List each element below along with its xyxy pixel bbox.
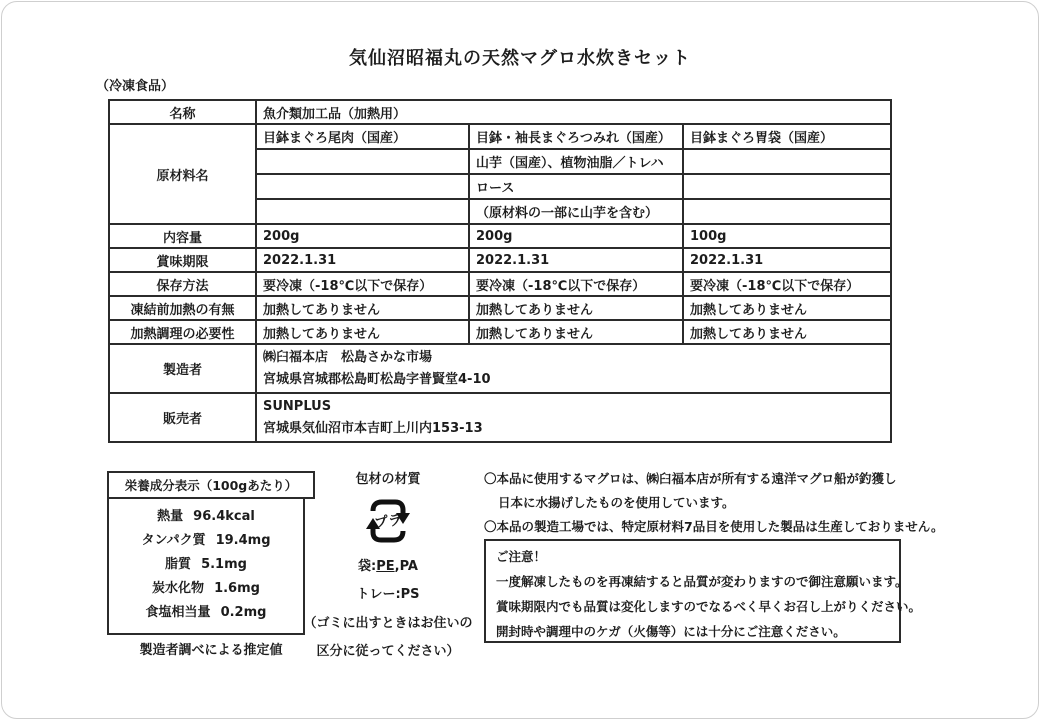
nutrition-panel: 栄養成分表示（100gあたり） 熱量 96.4kcal タンパク質 19.4mg…: [107, 471, 315, 658]
pre-freeze-heating-cell: 加熱してありません: [469, 296, 683, 320]
nutrition-table: 熱量 96.4kcal タンパク質 19.4mg 脂質 5.1mg 炭水化物 1…: [107, 499, 305, 635]
net-content-cell: 200g: [469, 224, 683, 248]
nutrition-row: 熱量 96.4kcal: [109, 505, 303, 529]
nutrition-row: 脂質 5.1mg: [109, 553, 303, 577]
nutrient-label: タンパク質: [141, 529, 205, 553]
storage-cell: 要冷凍（-18℃以下で保存）: [469, 272, 683, 296]
best-before-cell: 2022.1.31: [683, 248, 891, 272]
nutrient-label: 食塩相当量: [146, 601, 211, 625]
table-row: 保存方法 要冷凍（-18℃以下で保存） 要冷凍（-18℃以下で保存） 要冷凍（-…: [109, 272, 891, 296]
row-label-ingredients: 原材料名: [109, 124, 256, 224]
nutrient-value: 0.2mg: [221, 601, 267, 625]
row-label-best-before: 賞味期限: [109, 248, 256, 272]
storage-cell: 要冷凍（-18℃以下で保存）: [683, 272, 891, 296]
table-row: 加熱調理の必要性 加熱してありません 加熱してありません 加熱してありません: [109, 320, 891, 344]
ingredient-cell: ロース: [469, 174, 683, 199]
packaging-panel: 包材の材質 プラ 袋:PE,PA トレー:PS （ゴミに出すときはお住いの 区分…: [298, 468, 478, 665]
caution-box: ご注意！ 一度解凍したものを再凍結すると品質が変わりますので御注意願います。 賞…: [484, 539, 901, 643]
page-title: 気仙沼昭福丸の天然マグロ水炊きセット: [0, 44, 1040, 70]
row-label-net-content: 内容量: [109, 224, 256, 248]
nutrition-row: タンパク質 19.4mg: [109, 529, 303, 553]
bag-material-label: 袋:: [358, 559, 376, 574]
packaging-title: 包材の材質: [298, 468, 478, 487]
nutrient-value: 96.4kcal: [193, 505, 255, 529]
bag-material: 袋:PE,PA: [298, 553, 478, 581]
heating-required-cell: 加熱してありません: [683, 320, 891, 344]
best-before-cell: 2022.1.31: [256, 248, 469, 272]
manufacturer-name: ㈱臼福本店 松島さかな市場: [263, 347, 890, 369]
plastic-recycling-icon: プラ: [364, 495, 412, 547]
row-label-name: 名称: [109, 100, 256, 124]
name-value: 魚介類加工品（加熱用）: [256, 100, 891, 124]
note-bullet1-line1: 〇本品に使用するマグロは、㈱臼福本店が所有する遠洋マグロ船が釣獲し: [484, 471, 914, 486]
table-row: 販売者 SUNPLUS 宮城県気仙沼市本吉町上川内153-13: [109, 393, 891, 442]
storage-cell: 要冷凍（-18℃以下で保存）: [256, 272, 469, 296]
table-row: 名称 魚介類加工品（加熱用）: [109, 100, 891, 124]
note-bullet1-line2: 日本に水揚げしたものを使用しています。: [498, 495, 914, 510]
ingredient-cell: [683, 199, 891, 224]
tray-material: トレー:PS: [298, 581, 478, 609]
row-label-seller: 販売者: [109, 393, 256, 442]
row-label-pre-freeze-heating: 凍結前加熱の有無: [109, 296, 256, 320]
ingredient-cell: 目鉢・袖長まぐろつみれ（国産）: [469, 124, 683, 149]
caution-line: 賞味期限内でも品質は変化しますのでなるべく早くお召し上がりください。: [496, 599, 889, 614]
nutrient-label: 炭水化物: [152, 577, 204, 601]
table-row: 内容量 200g 200g 100g: [109, 224, 891, 248]
ingredient-cell: [683, 174, 891, 199]
nutrition-footnote: 製造者調べによる推定値: [107, 639, 315, 658]
seller-name: SUNPLUS: [263, 396, 890, 418]
ingredient-cell: [683, 149, 891, 174]
frozen-food-label: （冷凍食品）: [96, 75, 174, 94]
nutrient-value: 1.6mg: [214, 577, 260, 601]
note-bullet2: 〇本品の製造工場では、特定原材料7品目を使用した製品は生産しておりません。: [484, 519, 914, 534]
notes-panel: 〇本品に使用するマグロは、㈱臼福本店が所有する遠洋マグロ船が釣獲し 日本に水揚げ…: [484, 471, 914, 543]
ingredient-cell: （原材料の一部に山芋を含む）: [469, 199, 683, 224]
row-label-heating-required: 加熱調理の必要性: [109, 320, 256, 344]
disposal-note-line2: 区分に従ってください）: [298, 639, 478, 665]
bag-material-pa: ,PA: [395, 559, 418, 574]
net-content-cell: 200g: [256, 224, 469, 248]
heating-required-cell: 加熱してありません: [469, 320, 683, 344]
nutrition-row: 炭水化物 1.6mg: [109, 577, 303, 601]
net-content-cell: 100g: [683, 224, 891, 248]
ingredient-cell: 山芋（国産）、植物油脂／トレハ: [469, 149, 683, 174]
nutrient-label: 脂質: [165, 553, 191, 577]
nutrition-row: 食塩相当量 0.2mg: [109, 601, 303, 625]
ingredient-cell: 目鉢まぐろ尾肉（国産）: [256, 124, 469, 149]
manufacturer-address: 宮城県宮城郡松島町松島字普賢堂4-10: [263, 369, 890, 391]
pre-freeze-heating-cell: 加熱してありません: [683, 296, 891, 320]
ingredient-cell: 目鉢まぐろ胃袋（国産）: [683, 124, 891, 149]
pre-freeze-heating-cell: 加熱してありません: [256, 296, 469, 320]
table-row: 製造者 ㈱臼福本店 松島さかな市場 宮城県宮城郡松島町松島字普賢堂4-10: [109, 344, 891, 393]
best-before-cell: 2022.1.31: [469, 248, 683, 272]
seller-address: 宮城県気仙沼市本吉町上川内153-13: [263, 418, 890, 440]
row-label-storage: 保存方法: [109, 272, 256, 296]
nutrient-value: 19.4mg: [216, 529, 271, 553]
caution-line: 一度解凍したものを再凍結すると品質が変わりますので御注意願います。: [496, 574, 889, 589]
nutrition-title: 栄養成分表示（100gあたり）: [107, 471, 315, 499]
heating-required-cell: 加熱してありません: [256, 320, 469, 344]
ingredient-cell: [256, 174, 469, 199]
table-row: 凍結前加熱の有無 加熱してありません 加熱してありません 加熱してありません: [109, 296, 891, 320]
bag-material-pe: PE: [376, 559, 394, 574]
table-row: 原材料名 目鉢まぐろ尾肉（国産） 目鉢・袖長まぐろつみれ（国産） 目鉢まぐろ胃袋…: [109, 124, 891, 149]
manufacturer-cell: ㈱臼福本店 松島さかな市場 宮城県宮城郡松島町松島字普賢堂4-10: [256, 344, 891, 393]
table-row: 賞味期限 2022.1.31 2022.1.31 2022.1.31: [109, 248, 891, 272]
disposal-note-line1: （ゴミに出すときはお住いの: [298, 611, 478, 637]
product-spec-table: 名称 魚介類加工品（加熱用） 原材料名 目鉢まぐろ尾肉（国産） 目鉢・袖長まぐろ…: [108, 99, 892, 443]
ingredient-cell: [256, 149, 469, 174]
nutrient-value: 5.1mg: [201, 553, 247, 577]
caution-title: ご注意！: [496, 549, 889, 564]
nutrient-label: 熱量: [157, 505, 183, 529]
ingredient-cell: [256, 199, 469, 224]
seller-cell: SUNPLUS 宮城県気仙沼市本吉町上川内153-13: [256, 393, 891, 442]
row-label-manufacturer: 製造者: [109, 344, 256, 393]
caution-line: 開封時や調理中のケガ（火傷等）には十分にご注意ください。: [496, 624, 889, 639]
